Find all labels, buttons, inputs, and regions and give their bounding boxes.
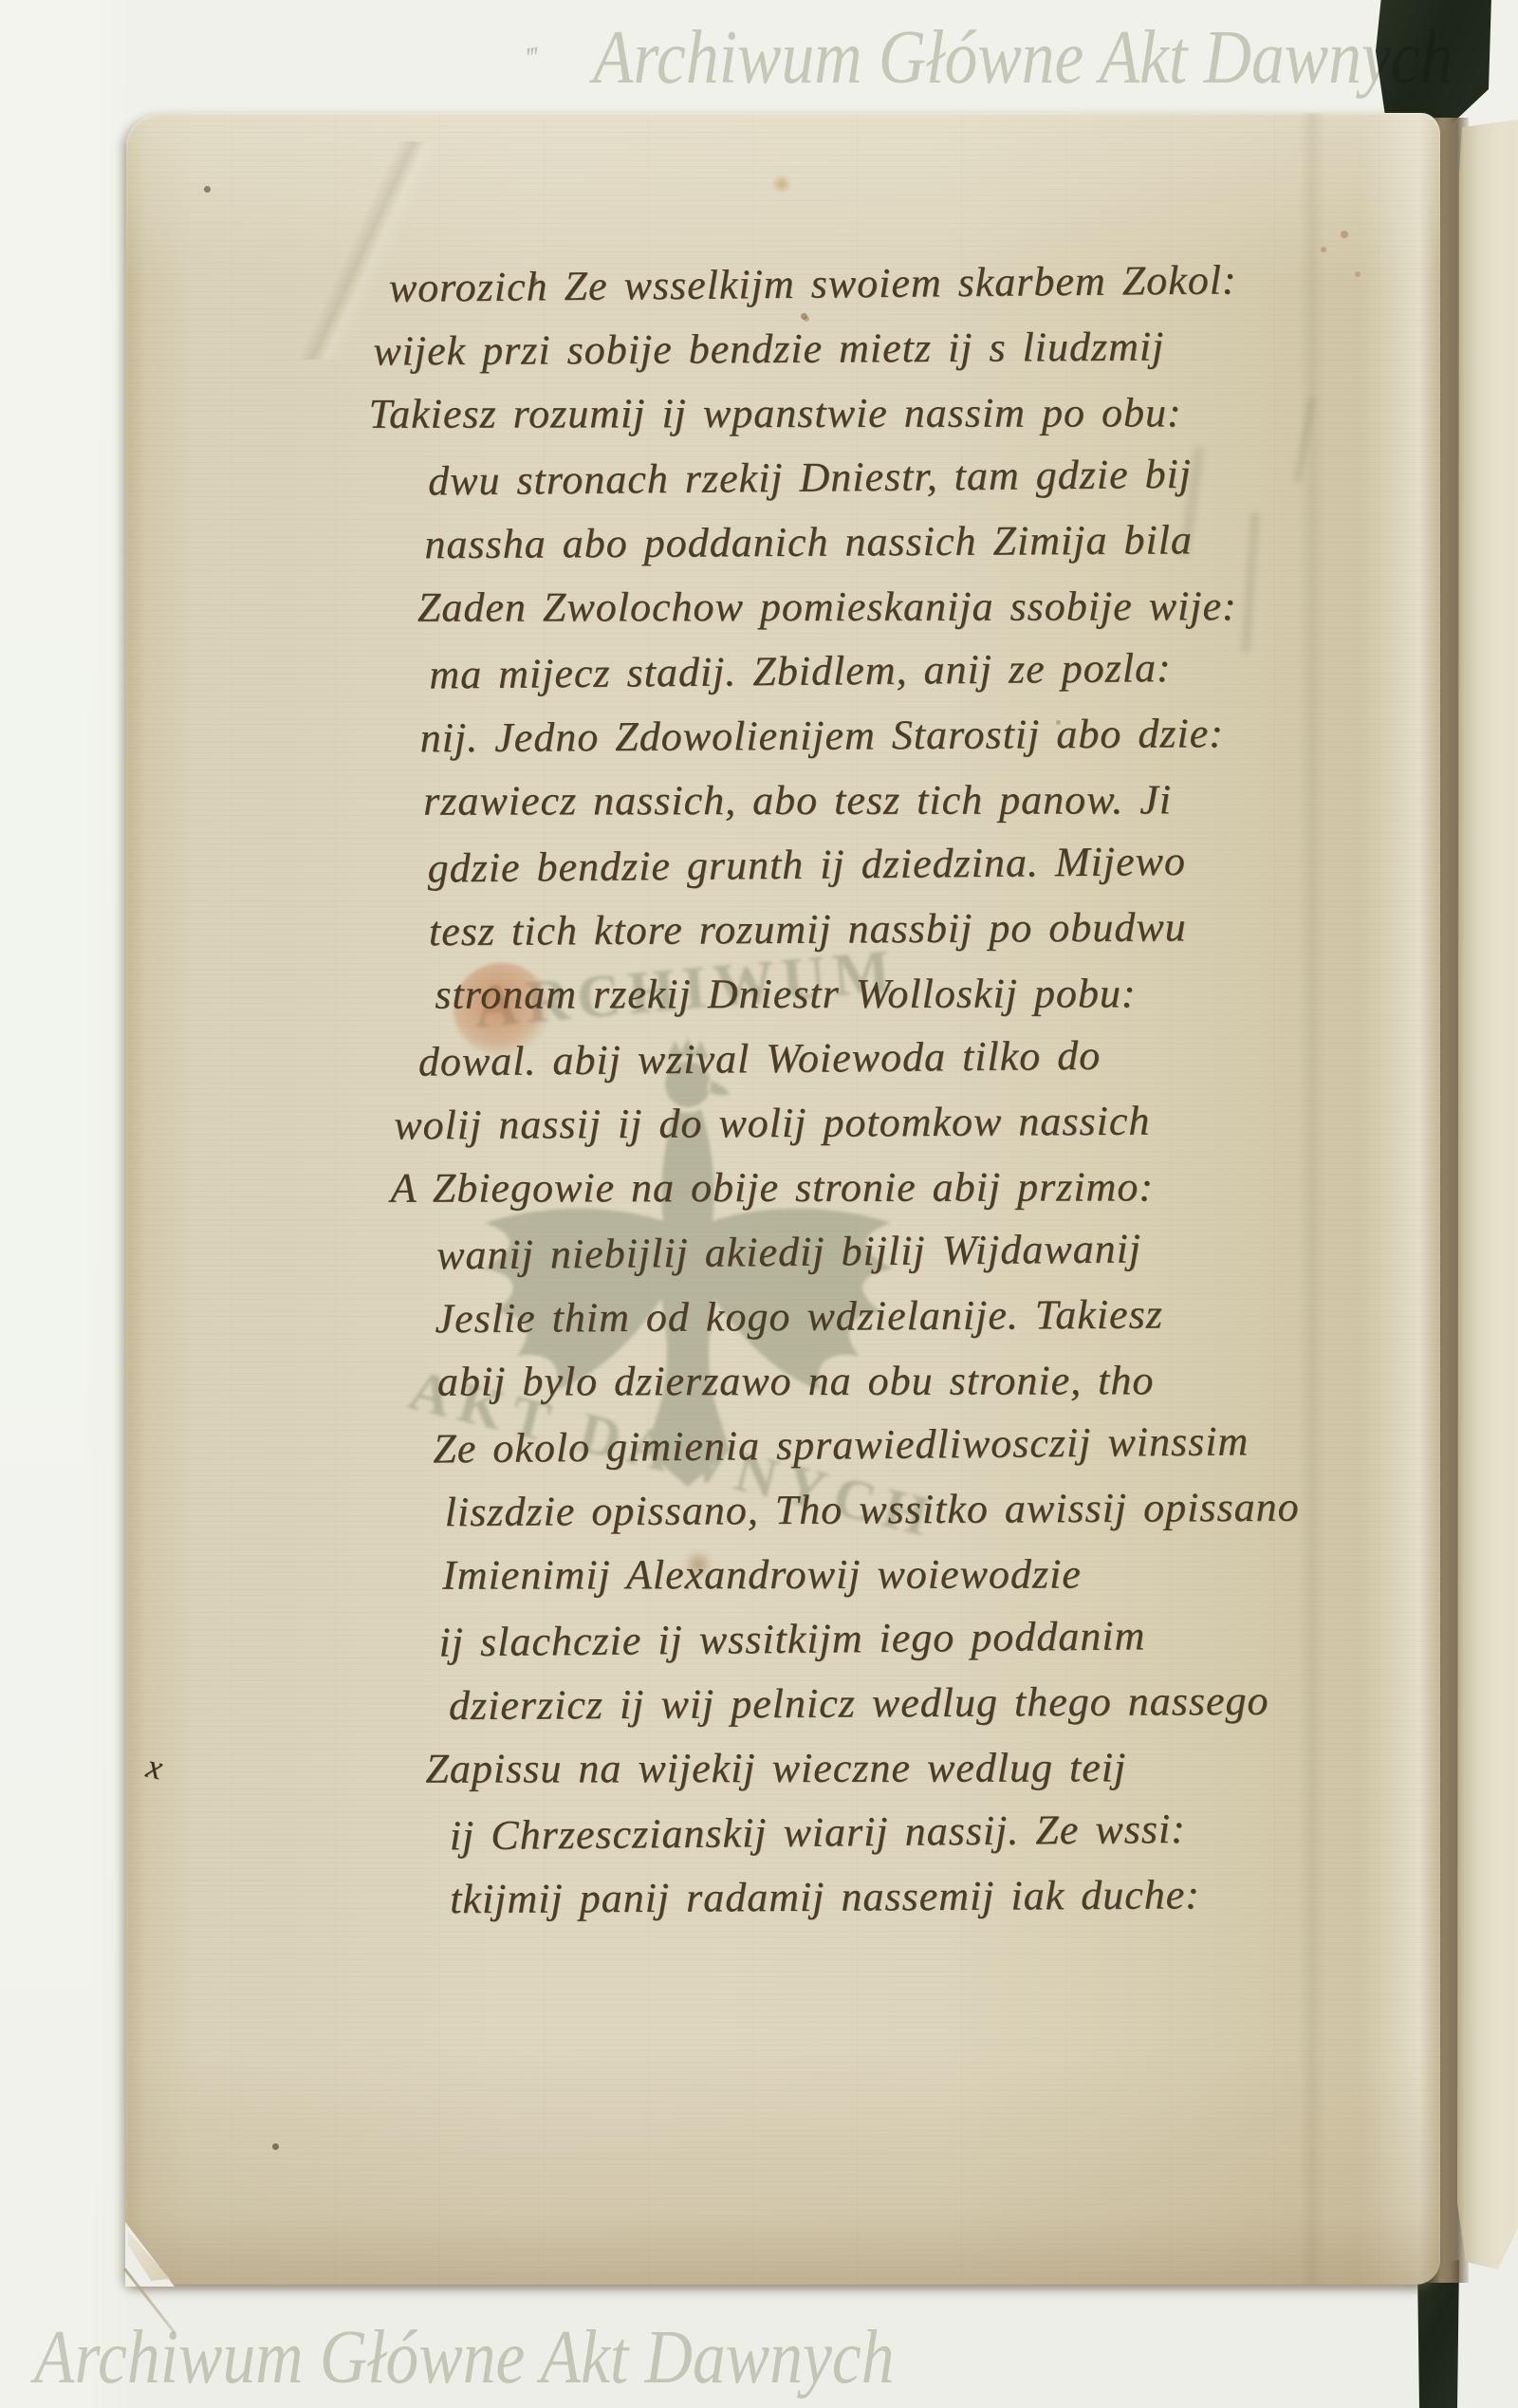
- manuscript-line: ij slachczie ij wssitkijm iego poddanim: [129, 1601, 1435, 1677]
- manuscript-line: liszdzie opissano, Tho wssitko awissij o…: [129, 1474, 1434, 1547]
- manuscript-line: ma mijecz stadij. Zbidlem, anij ze pozla…: [123, 633, 1429, 710]
- manuscript-line: Zapissu na wijekij wieczne wedlug teij: [130, 1735, 1435, 1802]
- manuscript-line: Jeslie thim od kogo wdzielanije. Takiesz: [127, 1281, 1432, 1353]
- adjacent-page-edge: [1455, 120, 1518, 2273]
- manuscript-text-block: worozich Ze wsselkijm swoiem skarbem Zok…: [121, 249, 1436, 1934]
- manuscript-line: A Zbiegowie na obije stronie abij przimo…: [127, 1155, 1432, 1221]
- manuscript-line: dzierzicz ij wij pelnicz wedlug thego na…: [130, 1668, 1435, 1740]
- manuscript-line: rzawiecz nassich, abo tesz tich panow. J…: [124, 768, 1429, 834]
- manuscript-line: dowal. abij wzival Woiewoda tilko do: [125, 1020, 1431, 1097]
- manuscript-page: ARCHIWUM AKT DAWNYCH worozich Ze wsselki…: [126, 113, 1440, 2285]
- manuscript-line: abij bylo dzierzawo na obu stronie, tho: [128, 1348, 1433, 1415]
- stain-spot: [771, 176, 792, 193]
- manuscript-line: Zaden Zwolochow pomieskanija ssobije wij…: [123, 574, 1428, 640]
- manuscript-line: Imienimij Alexandrowij woiewodzie: [129, 1542, 1434, 1608]
- manuscript-line: wijek przi sobije bendzie mietz ij s liu…: [121, 313, 1426, 385]
- watermark-top: Archiwum Główne Akt Dawnych: [593, 15, 1453, 102]
- rust-specks: [126, 113, 130, 117]
- manuscript-line: tkijmij panij radamij nassemij iak duche…: [131, 1862, 1435, 1934]
- manuscript-line: stronam rzekij Dniestr Wolloskij pobu:: [125, 961, 1430, 1028]
- manuscript-line: wolij nassij ij do wolij potomkow nassic…: [126, 1087, 1431, 1159]
- manuscript-line: dwu stronach rzekij Dniestr, tam gdzie b…: [122, 439, 1428, 516]
- manuscript-line: nassha abo poddanich nassich Zimija bila: [122, 507, 1427, 579]
- manuscript-line: nij. Jedno Zdowolienijem Starostij abo d…: [124, 700, 1429, 772]
- watermark-bottom: Archiwum Główne Akt Dawnych: [34, 2315, 895, 2401]
- manuscript-line: Takiesz rozumij ij wpanstwie nassim po o…: [122, 380, 1427, 447]
- manuscript-line: Ze okolo gimienia sprawiedliwosczij wins…: [128, 1407, 1434, 1484]
- manuscript-line: gdzie bendzie grunth ij dziedzina. Mijew…: [124, 826, 1430, 903]
- manuscript-line: worozich Ze wsselkijm swoiem skarbem Zok…: [121, 246, 1427, 323]
- manuscript-line: wanij niebijlij akiedij bijlij Wijdawani…: [127, 1213, 1433, 1290]
- manuscript-line: tesz tich ktore rozumij nassbij po obudw…: [125, 894, 1430, 966]
- archive-scan: ARCHIWUM AKT DAWNYCH worozich Ze wsselki…: [0, 0, 1518, 2408]
- manuscript-line: ij Chrzesczianskij wiarij nassij. Ze wss…: [130, 1794, 1435, 1871]
